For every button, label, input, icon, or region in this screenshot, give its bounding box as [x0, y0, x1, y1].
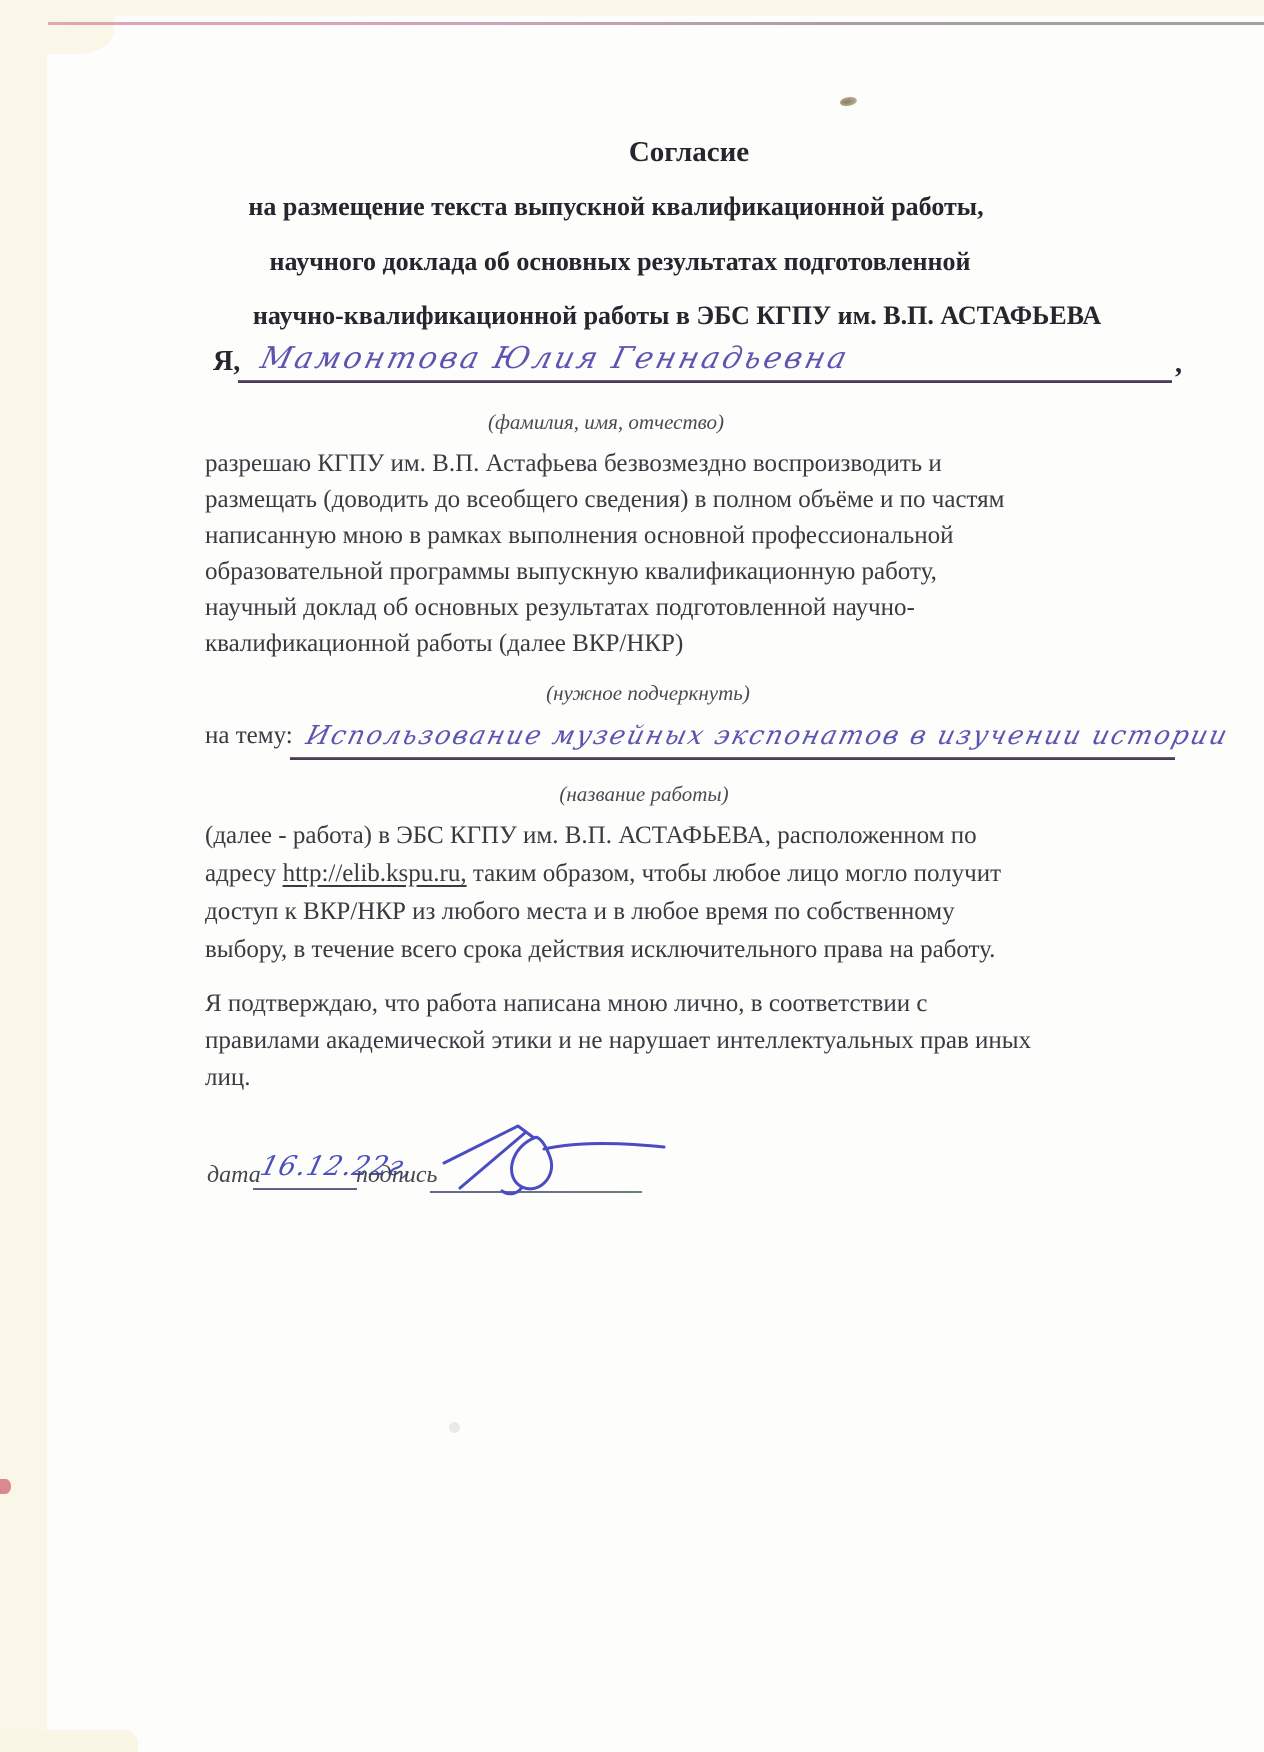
document-subtitle-line-1: на размещение текста выпускной квалифика… [24, 192, 1208, 222]
elib-url-link: http://elib.kspu.ru, [283, 860, 467, 887]
ink-smudge-artifact [839, 96, 857, 108]
scan-top-margin-strip [0, 0, 1264, 16]
date-underline [253, 1188, 357, 1190]
caption-work-title: (название работы) [52, 782, 1236, 807]
document-subtitle-line-2: научного доклада об основных результатах… [28, 247, 1212, 277]
scan-top-line-artifact [48, 22, 1264, 25]
permission-paragraph: разрешаю КГПУ им. В.П. Астафьева безвозм… [205, 446, 1190, 662]
faint-speck-artifact [449, 1422, 460, 1433]
declarant-trailing-comma: , [1175, 348, 1182, 380]
scan-corner-artifact [0, 0, 114, 54]
date-label: дата [207, 1162, 261, 1189]
topic-label: на тему: [205, 722, 293, 750]
document-subtitle-line-3: научно-квалификационной работы в ЭБС КГП… [85, 301, 1264, 331]
declarant-prefix: Я, [213, 346, 240, 378]
signature-label: подпись [356, 1162, 437, 1189]
topic-value-handwritten: Использование музейных экспонатов в изуч… [303, 721, 1232, 751]
topic-underline [290, 757, 1175, 760]
underline-note-caption: (нужное подчеркнуть) [56, 681, 1240, 706]
red-edge-mark-artifact [0, 1479, 11, 1494]
caption-full-name: (фамилия, имя, отчество) [14, 410, 1198, 435]
scan-bottom-left-artifact [0, 1730, 138, 1752]
confirmation-paragraph: Я подтверждаю, что работа написана мною … [205, 985, 1190, 1096]
handwritten-signature [438, 1116, 670, 1202]
placement-paragraph: (далее - работа) в ЭБС КГПУ им. В.П. АСТ… [205, 817, 1190, 969]
scanned-consent-document: Согласие на размещение текста выпускной … [0, 0, 1264, 1752]
name-underline [238, 380, 1172, 383]
document-title: Согласие [97, 136, 1264, 169]
declarant-name-handwritten: Мамонтова Юлия Геннадьевна [257, 341, 853, 376]
